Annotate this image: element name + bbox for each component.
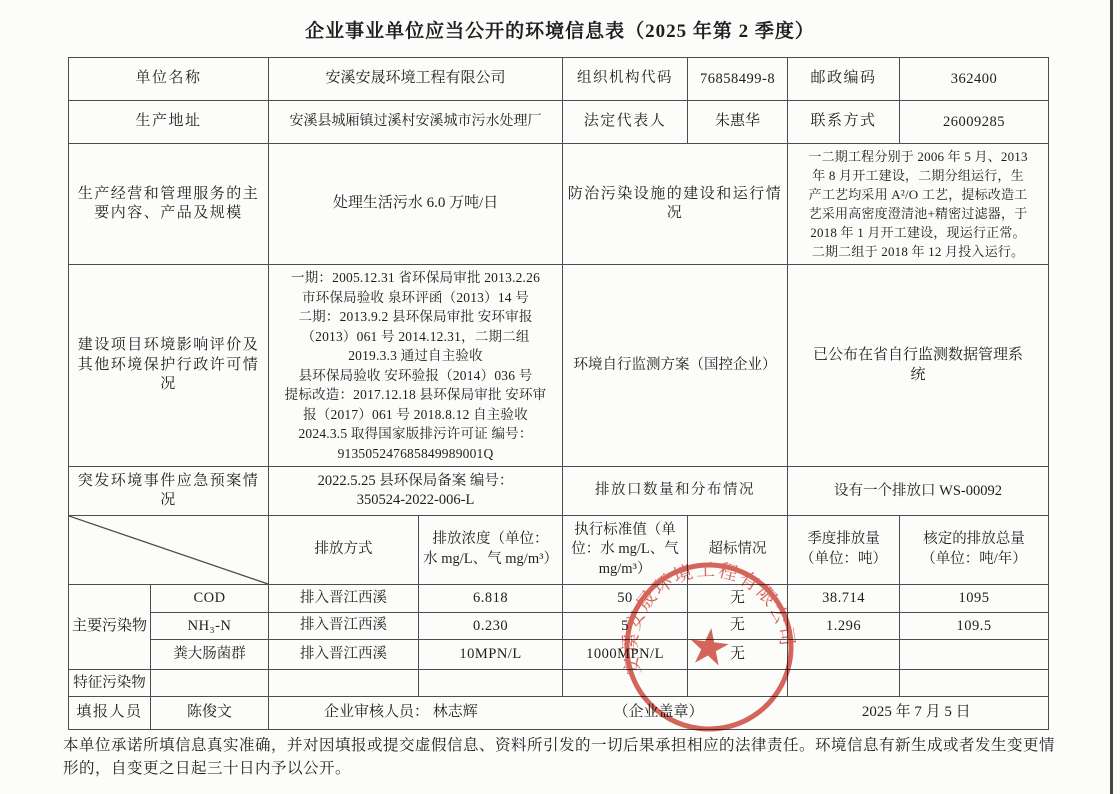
commitment-note: 本单位承诺所填信息真实准确，并对因填报或提交虚假信息、资料所引发的一切后果承担相…	[63, 734, 1059, 781]
pollutant-row-coliform: 粪大肠菌群 排入晋江西溪 10MPN/L 1000MPN/L 无	[69, 640, 1049, 670]
legal-rep-label: 法定代表人	[563, 101, 688, 144]
pollutant-approved: 109.5	[900, 613, 1049, 640]
pollutant-mode: 排入晋江西溪	[269, 585, 419, 613]
scan-edge-line	[1110, 0, 1113, 794]
row-unit-name: 单位名称 安溪安晟环境工程有限公司 组织机构代码 76858499-8 邮政编码…	[69, 58, 1049, 101]
pollutant-concentration: 6.818	[419, 585, 563, 613]
pollutant-approved	[900, 640, 1049, 670]
pollutant-mode: 排入晋江西溪	[269, 640, 419, 670]
header-approved-total: 核定的排放总量 （单位：吨/年）	[900, 516, 1049, 585]
outlets-value: 设有一个排放口 WS-00092	[788, 467, 1049, 516]
company-seal-stamp: ★ 安溪安晟环境工程有限公司	[608, 546, 811, 749]
pollutant-row-nh3n: NH₃-N 排入晋江西溪 0.230 5 无 1.296 109.5	[69, 613, 1049, 640]
empty-cell	[151, 670, 269, 697]
legal-rep-value: 朱惠华	[688, 101, 788, 144]
postal-code-value: 362400	[900, 58, 1049, 101]
row-eia-permits: 建设项目环境影响评价及 其他环境保护行政许可情 况 一期：2005.12.31 …	[69, 265, 1049, 467]
empty-cell	[788, 670, 900, 697]
postal-code-label: 邮政编码	[788, 58, 900, 101]
contact-value: 26009285	[900, 101, 1049, 144]
environment-info-table: 单位名称 安溪安晟环境工程有限公司 组织机构代码 76858499-8 邮政编码…	[68, 57, 1049, 730]
pollutant-approved: 1095	[900, 585, 1049, 613]
business-scope-label: 生产经营和管理服务的主 要内容、产品及规模	[69, 144, 269, 265]
diagonal-line	[69, 516, 268, 584]
business-scope-value: 处理生活污水 6.0 万吨/日	[269, 144, 563, 265]
filler-name: 陈俊文	[151, 697, 269, 730]
address-value: 安溪县城厢镇过溪村安溪城市污水处理厂	[269, 101, 563, 144]
pollutant-concentration: 10MPN/L	[419, 640, 563, 670]
unit-name-label: 单位名称	[69, 58, 269, 101]
outlets-label: 排放口数量和分布情况	[563, 467, 788, 516]
pollutant-mode: 排入晋江西溪	[269, 613, 419, 640]
eia-permits-value: 一期：2005.12.31 省环保局审批 2013.2.26 市环保局验收 泉环…	[269, 265, 563, 467]
row-business-scope: 生产经营和管理服务的主 要内容、产品及规模 处理生活污水 6.0 万吨/日 防治…	[69, 144, 1049, 265]
pollution-facilities-label: 防治污染设施的建设和运行情 况	[563, 144, 788, 265]
unit-name-value: 安溪安晟环境工程有限公司	[269, 58, 563, 101]
self-monitoring-label: 环境自行监测方案（国控企业）	[563, 265, 788, 467]
signoff-date: 2025 年 7 月 5 日	[787, 703, 1045, 723]
empty-cell	[419, 670, 563, 697]
org-code-value: 76858499-8	[688, 58, 788, 101]
eia-permits-label: 建设项目环境影响评价及 其他环境保护行政许可情 况	[69, 265, 269, 467]
pollution-facilities-value: 一二期工程分别于 2006 年 5 月、2013 年 8 月开工建设，二期分组运…	[788, 144, 1049, 265]
pollutant-name: NH₃-N	[151, 613, 269, 640]
empty-cell	[269, 670, 419, 697]
emissions-corner-cell	[69, 516, 269, 585]
address-label: 生产地址	[69, 101, 269, 144]
pollutant-row-cod: 主要污染物 COD 排入晋江西溪 6.818 50 无 38.714 1095	[69, 585, 1049, 613]
self-monitoring-value: 已公布在省自行监测数据管理系 统	[788, 265, 1049, 467]
empty-cell	[900, 670, 1049, 697]
emergency-plan-label: 突发环境事件应急预案情 况	[69, 467, 269, 516]
org-code-label: 组织机构代码	[563, 58, 688, 101]
filler-label: 填报人员	[69, 697, 151, 730]
pollutant-name: COD	[151, 585, 269, 613]
pollutant-concentration: 0.230	[419, 613, 563, 640]
special-pollutants-label: 特征污染物	[69, 670, 151, 697]
header-discharge-mode: 排放方式	[269, 516, 419, 585]
row-special-pollutants: 特征污染物	[69, 670, 1049, 697]
emergency-plan-value: 2022.5.25 县环保局备案 编号： 350524-2022-006-L	[269, 467, 563, 516]
header-concentration: 排放浓度（单位： 水 mg/L、气 mg/m³）	[419, 516, 563, 585]
row-emissions-header: 排放方式 排放浓度（单位： 水 mg/L、气 mg/m³） 执行标准值（单 位：…	[69, 516, 1049, 585]
reviewer-text: 企业审核人员： 林志辉	[272, 703, 530, 723]
row-emergency-plan: 突发环境事件应急预案情 况 2022.5.25 县环保局备案 编号： 35052…	[69, 467, 1049, 516]
page-title: 企业事业单位应当公开的环境信息表（2025 年第 2 季度）	[0, 16, 1120, 43]
main-pollutants-label: 主要污染物	[69, 585, 151, 670]
row-address: 生产地址 安溪县城厢镇过溪村安溪城市污水处理厂 法定代表人 朱惠华 联系方式 2…	[69, 101, 1049, 144]
pollutant-quarter	[788, 640, 900, 670]
row-signoff: 填报人员 陈俊文 企业审核人员： 林志辉 （企业盖章） 2025 年 7 月 5…	[69, 697, 1049, 730]
seal-star-icon: ★	[683, 616, 734, 677]
pollutant-name: 粪大肠菌群	[151, 640, 269, 670]
contact-label: 联系方式	[788, 101, 900, 144]
